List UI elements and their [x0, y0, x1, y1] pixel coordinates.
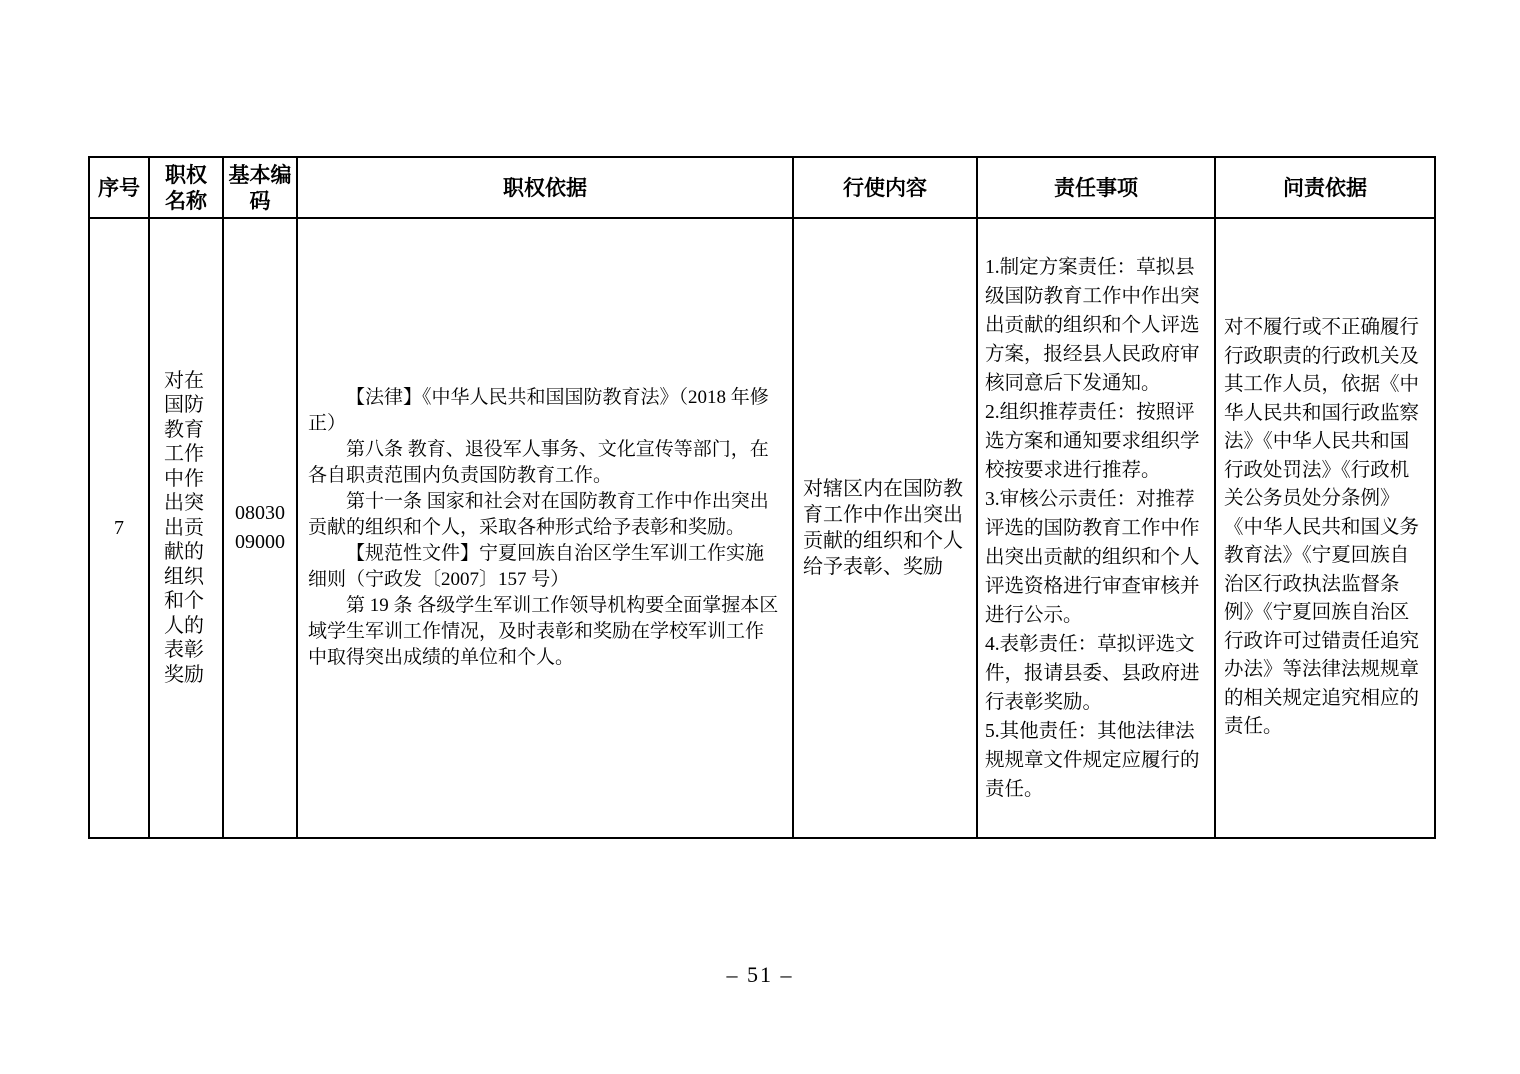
- table-row: 7 对在国防教育工作中作出突出贡献的组织和个人的表彰奖励 08030 09000…: [89, 218, 1435, 838]
- responsibility-item-1: 1.制定方案责任：草拟县级国防教育工作中作出突出贡献的组织和个人评选方案，报经县…: [985, 253, 1207, 398]
- basis-paragraph-article11: 第十一条 国家和社会对在国防教育工作中作出突出贡献的组织和个人，采取各种形式给予…: [308, 489, 782, 541]
- authority-duty-table: 序号 职权名称 基本编码 职权依据 行使内容 责任事项 问责依据 7 对在国防教…: [88, 156, 1436, 839]
- basis-paragraph-article8: 第八条 教育、退役军人事务、文化宣传等部门，在各自职责范围内负责国防教育工作。: [308, 437, 782, 489]
- responsibility-item-5: 5.其他责任：其他法律法规规章文件规定应履行的责任。: [985, 717, 1207, 804]
- authority-name-text: 对在国防教育工作中作出突出贡献的组织和个人的表彰奖励: [164, 369, 208, 688]
- header-basic-code: 基本编码: [223, 157, 297, 218]
- responsibility-item-3: 3.审核公示责任：对推荐评选的国防教育工作中作出突出贡献的组织和个人评选资格进行…: [985, 485, 1207, 630]
- basis-paragraph-law: 【法律】《中华人民共和国国防教育法》（2018 年修正）: [308, 385, 782, 437]
- basis-paragraph-article19: 第 19 条 各级学生军训工作领导机构要全面掌握本区域学生军训工作情况，及时表彰…: [308, 593, 782, 671]
- cell-authority-name: 对在国防教育工作中作出突出贡献的组织和个人的表彰奖励: [149, 218, 223, 838]
- accountability-basis-text: 对不履行或不正确履行行政职责的行政机关及其工作人员，依据《中华人民共和国行政监察…: [1224, 314, 1426, 742]
- responsibility-item-2: 2.组织推荐责任：按照评选方案和通知要求组织学校按要求进行推荐。: [985, 398, 1207, 485]
- cell-authority-basis: 【法律】《中华人民共和国国防教育法》（2018 年修正） 第八条 教育、退役军人…: [297, 218, 793, 838]
- cell-basic-code: 08030 09000: [223, 218, 297, 838]
- header-accountability-basis: 问责依据: [1215, 157, 1435, 218]
- header-exercise-content: 行使内容: [793, 157, 977, 218]
- responsibility-item-4: 4.表彰责任：草拟评选文件，报请县委、县政府进行表彰奖励。: [985, 630, 1207, 717]
- header-serial-number: 序号: [89, 157, 149, 218]
- exercise-content-text: 对辖区内在国防教育工作中作出突出贡献的组织和个人给予表彰、奖励: [803, 476, 967, 580]
- table-header-row: 序号 职权名称 基本编码 职权依据 行使内容 责任事项 问责依据: [89, 157, 1435, 218]
- header-responsibility-items: 责任事项: [977, 157, 1215, 218]
- cell-responsibility-items: 1.制定方案责任：草拟县级国防教育工作中作出突出贡献的组织和个人评选方案，报经县…: [977, 218, 1215, 838]
- basis-paragraph-normative-doc: 【规范性文件】宁夏回族自治区学生军训工作实施细则（宁政发〔2007〕157 号）: [308, 541, 782, 593]
- document-page: 序号 职权名称 基本编码 职权依据 行使内容 责任事项 问责依据 7 对在国防教…: [0, 0, 1520, 1074]
- cell-accountability-basis: 对不履行或不正确履行行政职责的行政机关及其工作人员，依据《中华人民共和国行政监察…: [1215, 218, 1435, 838]
- cell-exercise-content: 对辖区内在国防教育工作中作出突出贡献的组织和个人给予表彰、奖励: [793, 218, 977, 838]
- cell-serial-number: 7: [89, 218, 149, 838]
- page-number: – 51 –: [0, 962, 1520, 988]
- header-authority-name: 职权名称: [149, 157, 223, 218]
- header-authority-basis: 职权依据: [297, 157, 793, 218]
